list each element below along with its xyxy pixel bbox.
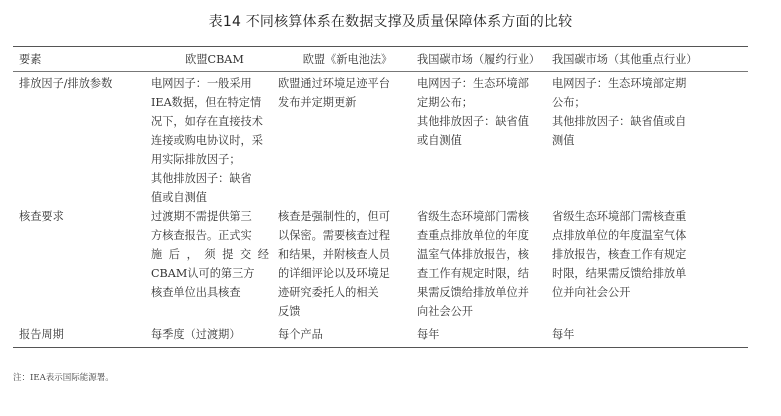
header-eu-cbam: 欧盟CBAM [151, 47, 278, 72]
cell-cn-market-compliance: 电网因子：生态环境部定期公布；其他排放因子：缺省值或自测值 [417, 72, 552, 208]
cell-text-line: 欧盟通过环境足迹平台 [278, 74, 417, 93]
cell-text-line: 果需反馈给排放单位并 [417, 283, 552, 302]
cell-text-line: 电网因子：生态环境部 [417, 74, 552, 93]
cell-text-line: 核查单位出具核查 [151, 283, 278, 302]
cell-text-line: 点排放单位的年度温室气体 [552, 226, 748, 245]
cell-text-line: 温室气体排放报告，核 [417, 245, 552, 264]
cell-text-line: 时限，结果需反馈给排放单 [552, 264, 748, 283]
row-label-text: 排放因子/排放参数 [19, 74, 151, 93]
cell-text-line: 向社会公开 [417, 302, 552, 321]
cell-text-line: 或自测值 [417, 131, 552, 150]
header-cn-market-compliance: 我国碳市场（履约行业） [417, 47, 552, 72]
cell-text-line: 反馈 [278, 302, 417, 321]
cell-text-line: 每季度（过渡期） [151, 325, 278, 344]
cell-cn-market-other: 省级生态环境部门需核查重点排放单位的年度温室气体排放报告，核查工作有规定时限，结… [552, 207, 748, 321]
cell-text-line: 况下，如存在直接技术 [151, 112, 278, 131]
cell-text-line: 查工作有规定时限，结 [417, 264, 552, 283]
cell-text-line: 查重点排放单位的年度 [417, 226, 552, 245]
cell-text-line: 其他排放因子：缺省 [151, 169, 278, 188]
cell-text-line: 迹研究委托人的相关 [278, 283, 417, 302]
row-label: 排放因子/排放参数 [13, 72, 151, 208]
cell-text-line: CBAM认可的第三方 [151, 264, 278, 283]
table-caption: 表14 不同核算体系在数据支撑及质量保障体系方面的比较 [0, 11, 781, 31]
cell-cn-market-other: 电网因子：生态环境部定期公布；其他排放因子：缺省值或自测值 [552, 72, 748, 208]
cell-text-line: 位并向社会公开 [552, 283, 748, 302]
cell-text-line: 核查是强制性的，但可 [278, 207, 417, 226]
cell-text-line: 发布并定期更新 [278, 93, 417, 112]
cell-text-line: 每年 [417, 325, 552, 344]
cell-text-line: 其他排放因子：缺省值或自 [552, 112, 748, 131]
cell-text-line: 施后，须提交经 [151, 245, 269, 264]
table-footnote: 注：IEA表示国际能源署。 [13, 371, 114, 383]
cell-text-line: 每年 [552, 325, 748, 344]
cell-text-line: 过渡期不需提供第三 [151, 207, 278, 226]
cell-text-line: 每个产品 [278, 325, 417, 344]
cell-text-line: 值或自测值 [151, 188, 278, 207]
cell-cn-market-compliance: 省级生态环境部门需核查重点排放单位的年度温室气体排放报告，核查工作有规定时限，结… [417, 207, 552, 321]
cell-text-line: 的详细评论以及环境足 [278, 264, 417, 283]
table-row: 核查要求过渡期不需提供第三方核查报告。正式实施后，须提交经CBAM认可的第三方核… [13, 207, 748, 321]
cell-text-line: 测值 [552, 131, 748, 150]
cell-text-line: 省级生态环境部门需核 [417, 207, 552, 226]
cell-text-line: 用实际排放因子； [151, 150, 278, 169]
cell-text-line: 方核查报告。正式实 [151, 226, 278, 245]
header-cn-market-other: 我国碳市场（其他重点行业） [552, 47, 748, 72]
cell-text-line: 电网因子：生态环境部定期 [552, 74, 748, 93]
cell-eu-battery-law: 欧盟通过环境足迹平台发布并定期更新 [278, 72, 417, 208]
cell-text-line: 其他排放因子：缺省值 [417, 112, 552, 131]
header-element: 要素 [13, 47, 151, 72]
cell-eu-cbam: 过渡期不需提供第三方核查报告。正式实施后，须提交经CBAM认可的第三方核查单位出… [151, 207, 278, 321]
comparison-table-container: 要素 欧盟CBAM 欧盟《新电池法》 我国碳市场（履约行业） 我国碳市场（其他重… [13, 46, 742, 348]
cell-text-line: 以保密。需要核查过程 [278, 226, 417, 245]
cell-cn-market-other: 每年 [552, 321, 748, 347]
table-row: 报告周期每季度（过渡期）每个产品每年每年 [13, 321, 748, 347]
comparison-table: 要素 欧盟CBAM 欧盟《新电池法》 我国碳市场（履约行业） 我国碳市场（其他重… [13, 46, 748, 348]
cell-text-line: 和结果，并附核查人员 [278, 245, 417, 264]
table-row: 排放因子/排放参数电网因子：一般采用IEA数据，但在特定情况下，如存在直接技术连… [13, 72, 748, 208]
cell-text-line: 省级生态环境部门需核查重 [552, 207, 748, 226]
cell-eu-battery-law: 每个产品 [278, 321, 417, 347]
table-header-row: 要素 欧盟CBAM 欧盟《新电池法》 我国碳市场（履约行业） 我国碳市场（其他重… [13, 47, 748, 72]
cell-text-line: 连接或购电协议时，采 [151, 131, 278, 150]
cell-text-line: 电网因子：一般采用 [151, 74, 278, 93]
row-label: 核查要求 [13, 207, 151, 321]
cell-cn-market-compliance: 每年 [417, 321, 552, 347]
cell-text-line: 公布； [552, 93, 748, 112]
cell-eu-cbam: 电网因子：一般采用IEA数据，但在特定情况下，如存在直接技术连接或购电协议时，采… [151, 72, 278, 208]
row-label: 报告周期 [13, 321, 151, 347]
cell-eu-cbam: 每季度（过渡期） [151, 321, 278, 347]
cell-text-line: IEA数据，但在特定情 [151, 93, 278, 112]
row-label-text: 报告周期 [19, 325, 151, 344]
cell-text-line: 定期公布； [417, 93, 552, 112]
row-label-text: 核查要求 [19, 207, 151, 226]
cell-eu-battery-law: 核查是强制性的，但可以保密。需要核查过程和结果，并附核查人员的详细评论以及环境足… [278, 207, 417, 321]
header-eu-battery-law: 欧盟《新电池法》 [278, 47, 417, 72]
cell-text-line: 排放报告，核查工作有规定 [552, 245, 748, 264]
